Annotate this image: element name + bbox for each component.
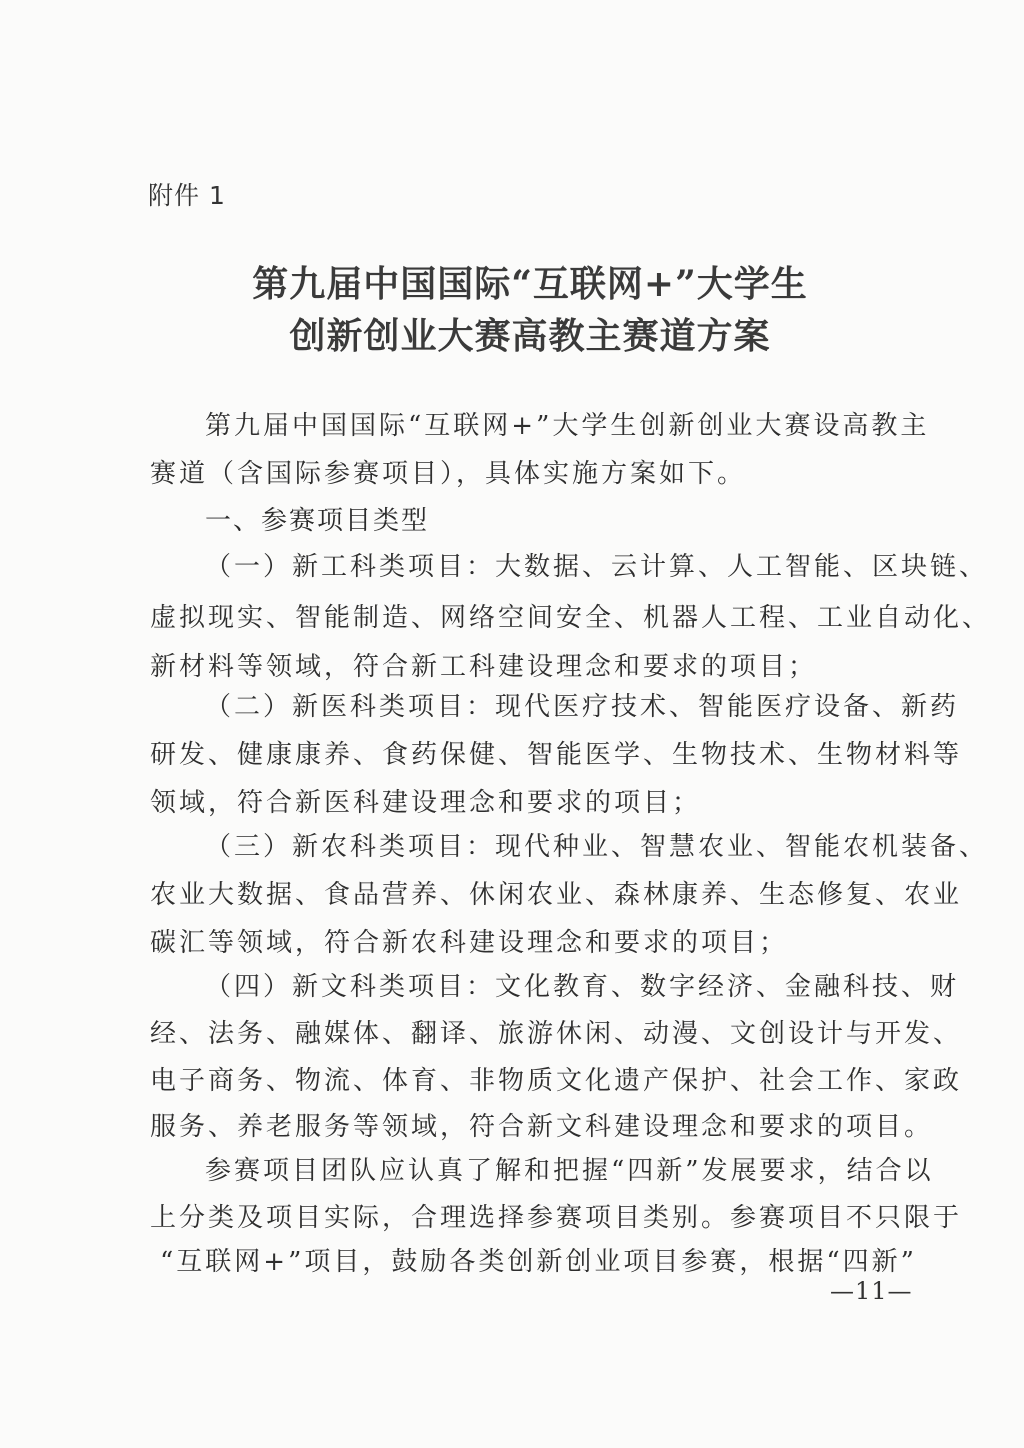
category-3-line-2: 农业大数据、食品营养、休闲农业、森林康养、生态修复、农业 — [150, 874, 910, 911]
category-4-line-3: 电子商务、物流、体育、非物质文化遗产保护、社会工作、家政 — [150, 1060, 910, 1097]
category-1-line-3: 新材料等领域，符合新工科建设理念和要求的项目； — [150, 646, 910, 683]
category-4-line-4: 服务、养老服务等领域，符合新文科建设理念和要求的项目。 — [150, 1106, 910, 1143]
category-3-line-3: 碳汇等领域，符合新农科建设理念和要求的项目； — [150, 922, 910, 959]
intro-line-1: 第九届中国国际“互联网+”大学生创新创业大赛设高教主 — [205, 405, 910, 442]
document-page: 附件 1 第九届中国国际“互联网+”大学生 创新创业大赛高教主赛道方案 第九届中… — [0, 0, 1024, 1448]
intro-line-2: 赛道（含国际参赛项目），具体实施方案如下。 — [150, 453, 910, 490]
document-title-line-1: 第九届中国国际“互联网+”大学生 — [18, 256, 1024, 307]
category-2-line-3: 领域，符合新医科建设理念和要求的项目； — [150, 782, 910, 819]
closing-line-1: 参赛项目团队应认真了解和把握“四新”发展要求，结合以 — [205, 1150, 910, 1187]
category-3-line-1: （三）新农科类项目：现代种业、智慧农业、智能农机装备、 — [205, 826, 910, 863]
section-heading: 一、参赛项目类型 — [205, 500, 429, 537]
category-1-line-1: （一）新工科类项目：大数据、云计算、人工智能、区块链、 — [205, 546, 910, 583]
category-2-line-1: （二）新医科类项目：现代医疗技术、智能医疗设备、新药 — [205, 686, 910, 723]
closing-line-3: “互联网+”项目，鼓励各类创新创业项目参赛，根据“四新” — [160, 1241, 910, 1278]
document-title-line-2: 创新创业大赛高教主赛道方案 — [18, 308, 1024, 359]
category-2-line-2: 研发、健康康养、食药保健、智能医学、生物技术、生物材料等 — [150, 734, 910, 771]
page-number: —11— — [830, 1277, 913, 1305]
attachment-label: 附件 1 — [148, 176, 226, 212]
category-4-line-2: 经、法务、融媒体、翻译、旅游休闲、动漫、文创设计与开发、 — [150, 1013, 910, 1050]
category-4-line-1: （四）新文科类项目：文化教育、数字经济、金融科技、财 — [205, 966, 910, 1003]
category-1-line-2: 虚拟现实、智能制造、网络空间安全、机器人工程、工业自动化、 — [150, 597, 910, 634]
closing-line-2: 上分类及项目实际，合理选择参赛项目类别。参赛项目不只限于 — [150, 1197, 910, 1234]
